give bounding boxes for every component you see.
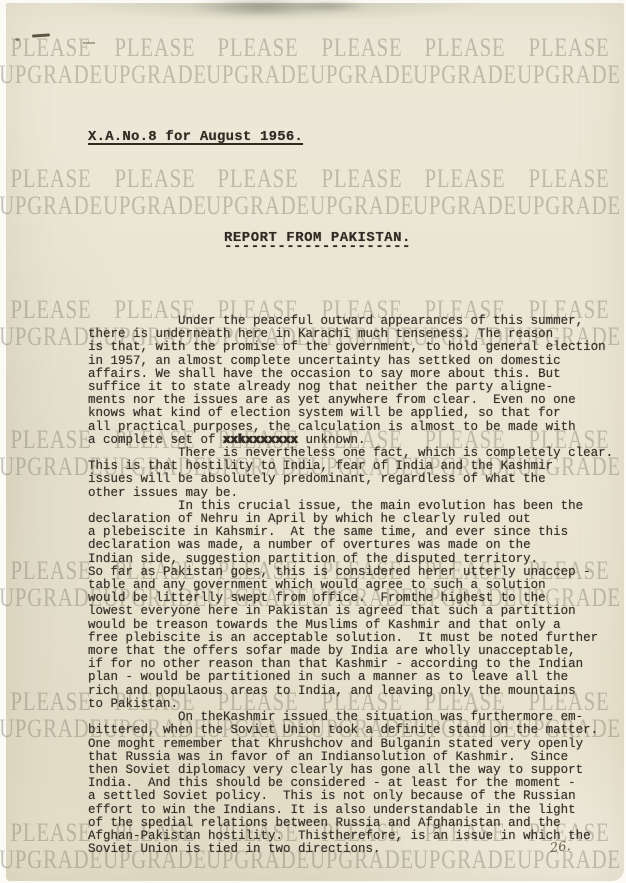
watermark-word-upgrade: UPGRADE — [0, 191, 103, 221]
paper: PLEASEUPGRADEPLEASEUPGRADEPLEASEUPGRADEP… — [6, 3, 624, 881]
ink-mark-dot — [15, 38, 20, 41]
watermark-word-please: PLEASE — [10, 556, 91, 586]
watermark-word-upgrade: UPGRADE — [103, 191, 207, 221]
line-text-before-overstrike: a complete set of — [88, 433, 223, 447]
line-text-after-overstrike: unknown. — [298, 433, 366, 447]
watermark-word-please: PLEASE — [114, 164, 195, 194]
watermark-word-upgrade: UPGRADE — [310, 191, 414, 221]
watermark-word-please: PLEASE — [10, 295, 91, 325]
watermark-word-please: PLEASE — [321, 164, 402, 194]
overstruck-text: xxkxxxxxxx — [223, 433, 298, 447]
watermark-word-upgrade: UPGRADE — [206, 191, 310, 221]
watermark-word-upgrade: UPGRADE — [517, 191, 621, 221]
watermark-word-upgrade: UPGRADE — [0, 60, 103, 90]
ink-mark-dash — [32, 33, 50, 37]
watermark-word-upgrade: UPGRADE — [517, 60, 621, 90]
watermark-word-upgrade: UPGRADE — [206, 60, 310, 90]
watermark-word-please: PLEASE — [10, 687, 91, 717]
watermark-word-upgrade: UPGRADE — [310, 60, 414, 90]
watermark-word-please: PLEASE — [10, 818, 91, 848]
document-reference: X.A.No.8 for August 1956. — [88, 129, 303, 145]
ink-mark-dash-small — [83, 42, 95, 44]
watermark-word-please: PLEASE — [217, 164, 298, 194]
watermark-word-upgrade: UPGRADE — [103, 60, 207, 90]
watermark-word-please: PLEASE — [321, 33, 402, 63]
watermark-word-please: PLEASE — [528, 164, 609, 194]
paragraph-4: On theKashmir issued the situation was f… — [88, 711, 613, 856]
paragraph-3: In this crucial issue, the main evolutio… — [88, 500, 613, 711]
watermark-word-please: PLEASE — [424, 164, 505, 194]
watermark-word-please: PLEASE — [114, 33, 195, 63]
body-text: Under the peaceful outward appearances o… — [88, 315, 613, 856]
watermark-word-please: PLEASE — [424, 33, 505, 63]
watermark-word-upgrade: UPGRADE — [413, 60, 517, 90]
watermark-word-please: PLEASE — [10, 164, 91, 194]
watermark-word-upgrade: UPGRADE — [413, 191, 517, 221]
watermark-word-please: PLEASE — [528, 33, 609, 63]
paragraph-1: Under the peaceful outward appearances o… — [88, 315, 613, 434]
report-title-underline: --------------------- — [224, 239, 411, 255]
watermark-word-please: PLEASE — [10, 425, 91, 455]
paragraph-2: There is nevertheless one fact, which is… — [88, 447, 613, 500]
watermark-word-please: PLEASE — [10, 33, 91, 63]
watermark-word-please: PLEASE — [217, 33, 298, 63]
scanned-page: PLEASEUPGRADEPLEASEUPGRADEPLEASEUPGRADEP… — [0, 0, 626, 883]
handwritten-page-number: 26. — [549, 839, 571, 856]
report-title-block: REPORT FROM PAKISTAN. ------------------… — [224, 230, 411, 255]
